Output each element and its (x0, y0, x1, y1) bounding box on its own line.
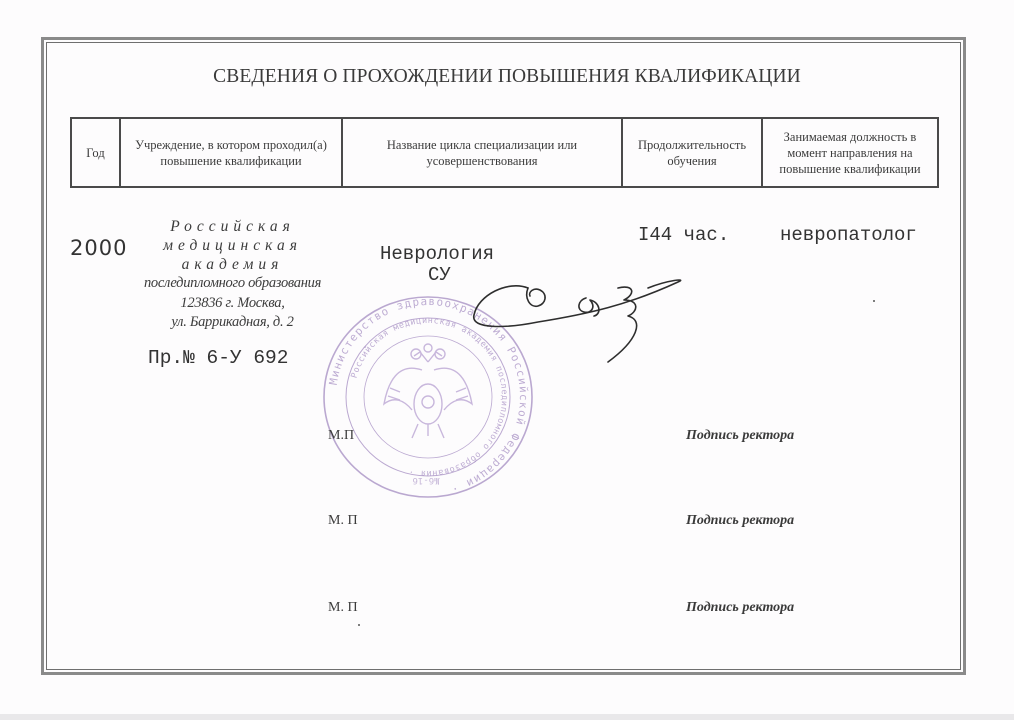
institution-line: последипломного образования (100, 274, 365, 294)
header-position: Занимаемая должность в момент направлени… (762, 118, 938, 187)
header-course-name: Название цикла специализации или усоверш… (342, 118, 622, 187)
ink-speck (358, 624, 360, 626)
ink-speck (873, 300, 875, 302)
header-year: Год (71, 118, 120, 187)
job-position: невропатолог (780, 224, 917, 246)
header-duration: Продолжительность обучения (622, 118, 762, 187)
order-number: Пр.№ 6-У 692 (148, 347, 288, 369)
rector-signature-icon (468, 270, 698, 370)
rector-signature-label: Подпись ректора (686, 600, 794, 616)
table-header-row: Год Учреждение, в котором проходил(а) по… (71, 118, 938, 187)
header-institution: Учреждение, в котором проходил(а) повыше… (120, 118, 342, 187)
course-subtitle: СУ (428, 264, 451, 286)
institution-line: академия (100, 255, 365, 274)
document-title: СВЕДЕНИЯ О ПРОХОЖДЕНИИ ПОВЫШЕНИЯ КВАЛИФИ… (0, 66, 1014, 88)
qualification-header-table: Год Учреждение, в котором проходил(а) по… (70, 117, 939, 188)
course-name: Неврология (380, 243, 494, 265)
stamp-place-label: М. П (328, 600, 358, 616)
stamp-place-label: М.П (328, 428, 354, 444)
course-duration: I44 час. (638, 224, 729, 246)
institution-line: медицинская (100, 236, 365, 255)
rector-signature-label: Подпись ректора (686, 428, 794, 444)
svg-text:№6-16: №6-16 (412, 475, 440, 485)
page-bottom-shade (0, 714, 1014, 720)
stamp-place-label: М. П (328, 513, 358, 529)
rector-signature-label: Подпись ректора (686, 513, 794, 529)
institution-line: Российская (100, 217, 365, 236)
